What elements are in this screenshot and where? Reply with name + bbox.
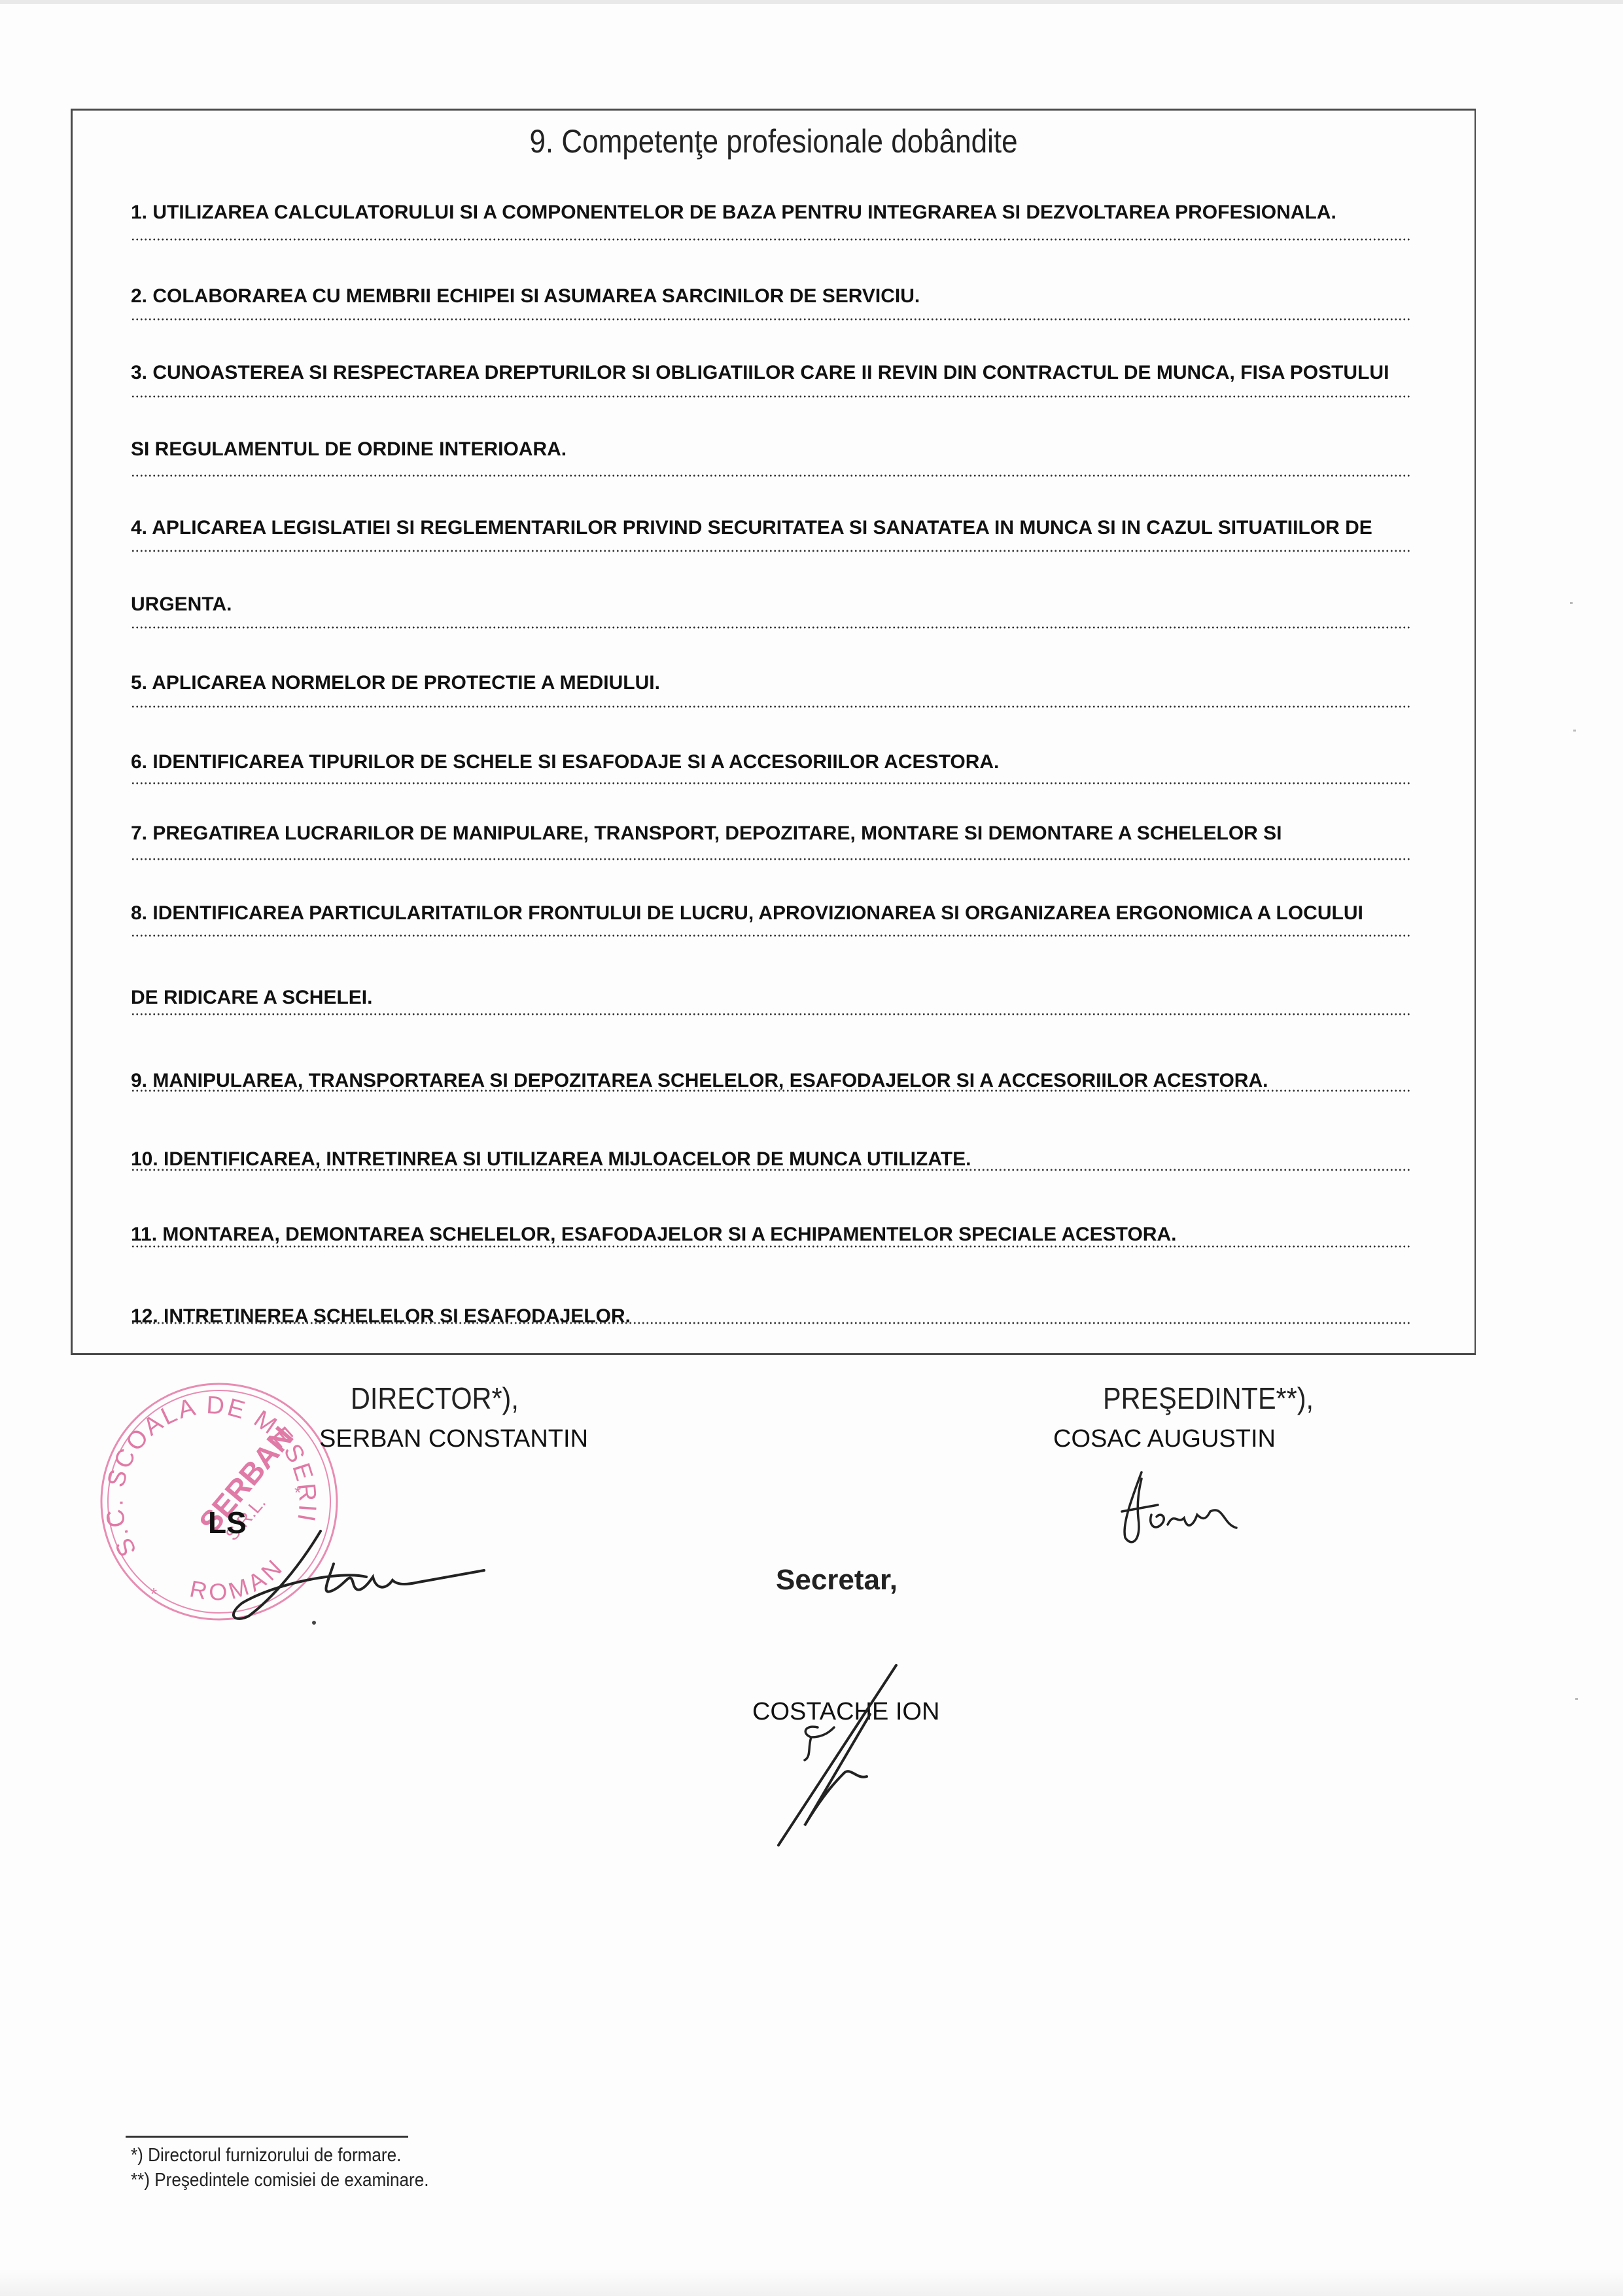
svg-text:*: * [150,1584,157,1604]
footnote-separator [126,2136,408,2138]
competence-line-9: 9. MANIPULAREA, TRANSPORTAREA SI DEPOZIT… [131,1070,1268,1092]
secretary-title: Secretar, [776,1564,898,1597]
competence-line-2: 2. COLABORAREA CU MEMBRII ECHIPEI SI ASU… [131,285,920,308]
dotted-rule [131,1089,1412,1092]
dotted-rule [131,395,1412,398]
competence-line-3: 3. CUNOASTEREA SI RESPECTAREA DREPTURILO… [131,362,1389,384]
scan-speck [1575,1698,1578,1700]
footnote-1: *) Directorul furnizorului de formare. [131,2145,401,2166]
svg-text:*: * [294,1483,301,1502]
competence-line-1: 1. UTILIZAREA CALCULATORULUI SI A COMPON… [131,202,1336,224]
competence-line-4-cont: URGENTA. [131,593,232,616]
footnote-2: **) Preşedintele comisiei de examinare. [131,2170,429,2191]
section-title: 9. Competenţe profesionale dobândite [157,122,1391,160]
competence-line-7: 7. PREGATIREA LUCRARILOR DE MANIPULARE, … [131,822,1282,845]
dotted-rule [131,1169,1412,1171]
president-title: PREŞEDINTE**), [1103,1381,1314,1416]
competence-line-11: 11. MONTAREA, DEMONTAREA SCHELELOR, ESAF… [131,1224,1176,1246]
president-name: COSAC AUGUSTIN [1053,1425,1276,1453]
dotted-rule [131,550,1412,552]
competence-line-3-cont: SI REGULAMENTUL DE ORDINE INTERIOARA. [131,438,567,461]
dotted-rule [131,858,1412,860]
competence-line-8: 8. IDENTIFICAREA PARTICULARITATILOR FRON… [131,902,1363,925]
scan-speck [1570,602,1573,604]
dotted-rule [131,626,1412,629]
scan-edge-bottom [0,2270,1623,2296]
competence-line-8-cont: DE RIDICARE A SCHELEI. [131,987,372,1009]
competence-line-4: 4. APLICAREA LEGISLATIEI SI REGLEMENTARI… [131,517,1372,539]
president-signature [1112,1466,1308,1551]
director-signature [222,1525,497,1629]
dotted-rule [131,1245,1412,1248]
dotted-rule [131,1322,1412,1324]
competence-line-10: 10. IDENTIFICAREA, INTRETINREA SI UTILIZ… [131,1148,971,1171]
scan-speck [1573,730,1576,732]
dotted-rule [131,705,1412,708]
director-title: DIRECTOR*), [351,1381,519,1416]
dotted-rule [131,934,1412,937]
competence-line-5: 5. APLICAREA NORMELOR DE PROTECTIE A MED… [131,672,660,694]
dotted-rule [131,1013,1412,1016]
dotted-rule [131,238,1412,241]
competence-line-6: 6. IDENTIFICAREA TIPURILOR DE SCHELE SI … [131,751,999,773]
scan-edge-top [0,0,1623,4]
dotted-rule [131,474,1412,477]
dotted-rule [131,318,1412,321]
secretary-signature [765,1662,922,1858]
director-name: SERBAN CONSTANTIN [319,1425,588,1453]
dotted-rule [131,782,1412,785]
